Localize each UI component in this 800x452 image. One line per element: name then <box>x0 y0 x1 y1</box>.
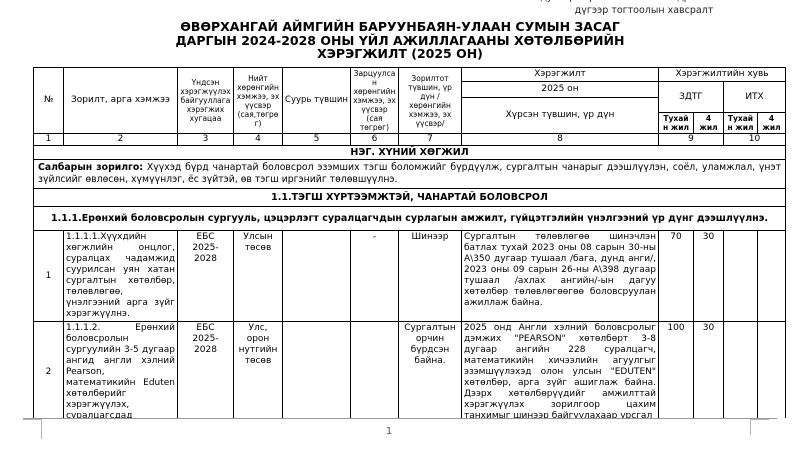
col-header-baseline: Суурь түвшин <box>283 68 351 134</box>
column-number: 4 <box>234 134 283 146</box>
col-header-implementer: Үндсэн хэрэгжүүлэх байгууллага хэрэгжих … <box>178 68 234 134</box>
section-row-1-1: 1.1.ТЭГШ ХҮРТЭЭМЖТЭЙ, ЧАНАРТАЙ БОЛОВСРОЛ <box>34 189 786 207</box>
column-number: 9 <box>659 134 724 146</box>
cell-baseline <box>283 322 351 419</box>
cell-implementer: ЕБС 2025-2028 <box>178 322 234 419</box>
cell-itx-four <box>758 231 786 322</box>
table-row: 2 1.1.1.2. Ерөнхий боловсролын сургуулий… <box>34 322 786 419</box>
page-number: 1 <box>0 426 778 437</box>
col-header-zdtg: ЗДТГ <box>659 82 724 113</box>
col-header-year: 2025 он <box>462 82 659 98</box>
cell-itx-current <box>724 231 758 322</box>
cell-spent: - <box>351 231 399 322</box>
implementation-table: № Зорилт, арга хэмжээ Үндсэн хэрэгжүүлэх… <box>33 67 786 418</box>
column-number: 8 <box>462 134 659 146</box>
sector-goal-text: Хүүхэд бүрд чанартай боловсрол эзэмших т… <box>38 162 781 185</box>
cell-no: 2 <box>34 322 64 419</box>
column-number: 3 <box>178 134 234 146</box>
cell-goal: 1.1.1.1.Хүүхдийн хөгжлийн онцлог, суралц… <box>64 231 178 322</box>
section-title: 1.1.1.Ерөнхий боловсролын сургууль, цэцэ… <box>34 207 786 231</box>
document-title: ӨВӨРХАНГАЙ АЙМГИЙН БАРУУНБАЯН-УЛААН СУМЫ… <box>160 20 640 61</box>
section-row-human-development: НЭГ. ХҮНИЙ ХӨГЖИЛ <box>34 146 786 160</box>
column-number: 2 <box>64 134 178 146</box>
cell-itx-four <box>758 322 786 419</box>
column-number: 1 <box>34 134 64 146</box>
page-break-line <box>23 418 777 419</box>
sector-goal-row: Салбарын зорилго: Хүүхэд бүрд чанартай б… <box>34 160 786 189</box>
header-row-1: № Зорилт, арга хэмжээ Үндсэн хэрэгжүүлэх… <box>34 68 786 82</box>
table-row: 1 1.1.1.1.Хүүхдийн хөгжлийн онцлог, сура… <box>34 231 786 322</box>
cell-itx-current <box>724 322 758 419</box>
cell-spent <box>351 322 399 419</box>
col-header-itx: ИТХ <box>724 82 786 113</box>
cell-zdtg-current: 100 <box>659 322 694 419</box>
sector-goal-label: Салбарын зорилго: <box>38 162 143 173</box>
sector-goal-cell: Салбарын зорилго: Хүүхэд бүрд чанартай б… <box>34 160 786 189</box>
section-title: 1.1.ТЭГШ ХҮРТЭЭМЖТЭЙ, ЧАНАРТАЙ БОЛОВСРОЛ <box>34 189 786 207</box>
cell-zdtg-four: 30 <box>694 231 724 322</box>
section-title: НЭГ. ХҮНИЙ ХӨГЖИЛ <box>34 146 786 160</box>
cell-goal: 1.1.1.2. Ерөнхий боловсролын сургуулийн … <box>64 322 178 419</box>
cell-zdtg-four: 30 <box>694 322 724 419</box>
document-page: дугаар сарын ............ -ны өдрийн ...… <box>0 0 800 452</box>
cell-budget: Улс, орон нутгийн төсөв <box>234 322 283 419</box>
cell-budget: Улсын төсөв <box>234 231 283 322</box>
col-header-implementation: Хэрэгжилт <box>462 68 659 82</box>
col-header-zdtg-current-year: Тухайн жил <box>659 113 694 134</box>
col-header-target: Зорилтот түвшин, үр дүн /хөрөнгийн хэмжэ… <box>399 68 462 134</box>
col-header-zdtg-four-years: 4 жил <box>694 113 724 134</box>
cell-implementer: ЕБС 2025-2028 <box>178 231 234 322</box>
col-header-no: № <box>34 68 64 134</box>
column-number: 6 <box>351 134 399 146</box>
appendix-note-line2: дүгээр тогтоолын хавсралт <box>536 4 752 17</box>
col-header-goal: Зорилт, арга хэмжээ <box>64 68 178 134</box>
col-header-itx-current-year: Тухайн жил <box>724 113 758 134</box>
appendix-note: дугаар сарын ............ -ны өдрийн ...… <box>536 0 752 17</box>
cell-no: 1 <box>34 231 64 322</box>
table-page-region: № Зорилт, арга хэмжээ Үндсэн хэрэгжүүлэх… <box>0 67 800 418</box>
cell-target: Шинээр <box>399 231 462 322</box>
column-number: 7 <box>399 134 462 146</box>
cell-target: Сургалтын орчин бүрдсэн байна. <box>399 322 462 419</box>
cell-implementation: 2025 онд Англи хэлний боловсролыг дэмжих… <box>462 322 659 419</box>
column-number-row: 1 2 3 4 5 6 7 8 9 10 <box>34 134 786 146</box>
cell-baseline <box>283 231 351 322</box>
section-row-1-1-1: 1.1.1.Ерөнхий боловсролын сургууль, цэцэ… <box>34 207 786 231</box>
col-header-total-budget: Нийт хөрөнгийн хэмжээ, эх үүсвэр (сая,тө… <box>234 68 283 134</box>
cell-implementation: Сургалтын төлөвлөгөө шинэчлэн батлах тух… <box>462 231 659 322</box>
column-number: 5 <box>283 134 351 146</box>
col-header-achieved: Хүрсэн түвшин, үр дүн <box>462 98 659 134</box>
col-header-impl-percent: Хэрэгжилтийн хувь <box>659 68 786 82</box>
cell-zdtg-current: 70 <box>659 231 694 322</box>
column-number: 10 <box>724 134 786 146</box>
col-header-spent-budget: Зарцуулсан хөрөнгийн хэмжээ, эх үүсвэр (… <box>351 68 399 134</box>
col-header-itx-four-years: 4 жил <box>758 113 786 134</box>
